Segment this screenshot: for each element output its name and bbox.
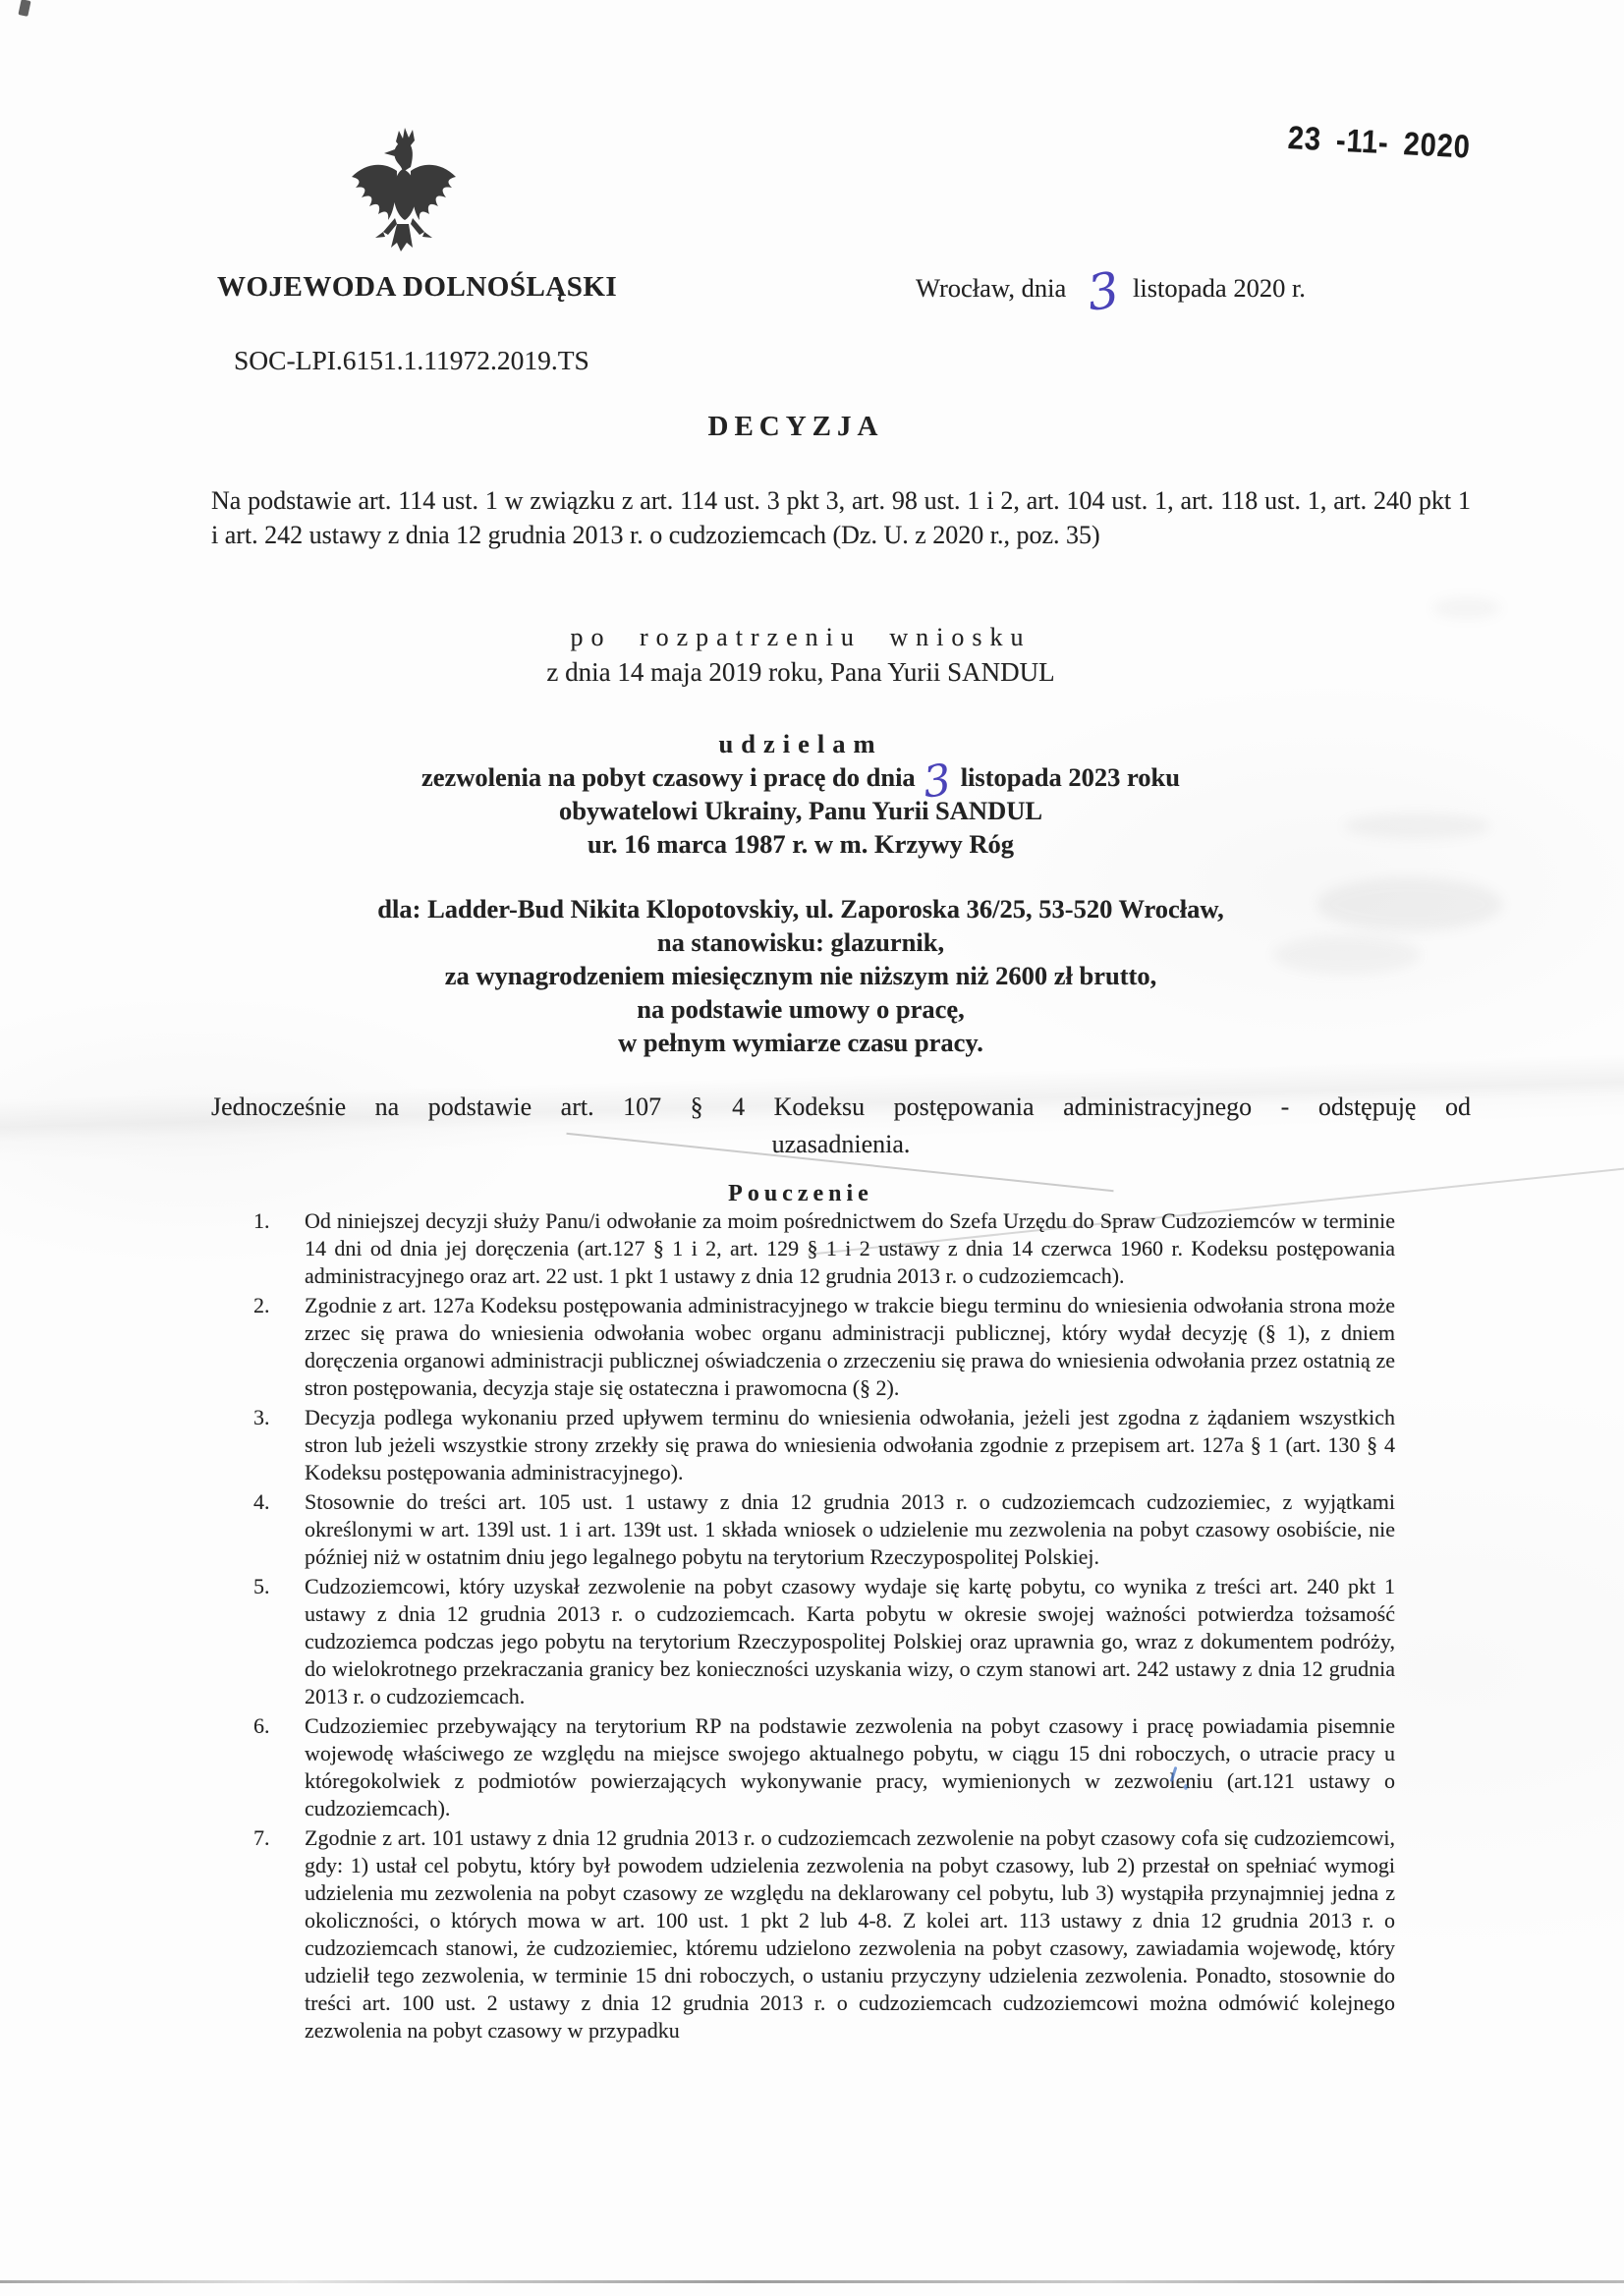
notice-item-text: Cudzoziemiec przebywający na terytorium … — [305, 1712, 1395, 1822]
notice-item-number: 2. — [253, 1292, 305, 1402]
notice-item-text: Zgodnie z art. 127a Kodeksu postępowania… — [305, 1292, 1395, 1402]
notice-item-text: Stosownie do treści art. 105 ust. 1 usta… — [305, 1488, 1395, 1571]
notice-item-number: 1. — [253, 1207, 305, 1290]
grant-beneficiary: obywatelowi Ukrainy, Panu Yurii SANDUL — [0, 794, 1601, 827]
notice-item-number: 3. — [253, 1404, 305, 1486]
grant-verb: udzielam — [0, 727, 1601, 760]
contract-line: na podstawie umowy o pracę, — [0, 992, 1601, 1026]
decision-document-page: 23 -11- 2020 WOJEWODA DOLNOŚLĄSKI Wrocła… — [0, 0, 1624, 2296]
grant-scope: zezwolenia na pobyt czasowy i pracę do d… — [0, 760, 1601, 794]
salary-line: za wynagrodzeniem miesięcznym nie niższy… — [0, 959, 1601, 992]
legal-basis-paragraph: Na podstawie art. 114 ust. 1 w związku z… — [211, 483, 1471, 552]
justification-waiver: Jednocześnie na podstawie art. 107 § 4 K… — [211, 1089, 1471, 1163]
position-line: na stanowisku: glazurnik, — [0, 925, 1601, 959]
notice-item-number: 6. — [253, 1712, 305, 1822]
place-date-prefix: Wrocław, dnia — [916, 273, 1066, 303]
employment-terms: dla: Ladder-Bud Nikita Klopotovskiy, ul.… — [0, 892, 1601, 1059]
notice-item: 7. Zgodnie z art. 101 ustawy z dnia 12 g… — [253, 1824, 1395, 2044]
consideration-heading: po rozpatrzeniu wniosku — [0, 623, 1601, 652]
notice-item: 1. Od niniejszej decyzji służy Panu/i od… — [253, 1207, 1395, 1290]
place-date-suffix: listopada 2020 r. — [1133, 273, 1306, 303]
notice-item-number: 4. — [253, 1488, 305, 1571]
worktime-line: w pełnym wymiarze czasu pracy. — [0, 1026, 1601, 1059]
authority-name: WOJEWODA DOLNOŚLĄSKI — [217, 271, 617, 304]
scan-corner-speck — [18, 0, 30, 17]
scan-edge-line — [0, 2280, 1624, 2283]
case-number: SOC-LPI.6151.1.11972.2019.TS — [234, 345, 589, 376]
notice-item: 2. Zgodnie z art. 127a Kodeksu postępowa… — [253, 1292, 1395, 1402]
handwritten-day: 3 — [923, 775, 951, 788]
waiver-line-1: Jednocześnie na podstawie art. 107 § 4 K… — [211, 1089, 1471, 1126]
document-title: DECYZJA — [0, 411, 1592, 443]
notice-heading: Pouczenie — [0, 1181, 1601, 1207]
place-and-date: Wrocław, dnia3listopada 2020 r. — [916, 273, 1306, 304]
notice-item: 3. Decyzja podlega wykonaniu przed upływ… — [253, 1404, 1395, 1486]
notice-item: 5. Cudzoziemcowi, który uzyskał zezwolen… — [253, 1573, 1395, 1710]
notice-list: 1. Od niniejszej decyzji służy Panu/i od… — [253, 1207, 1395, 2046]
notice-item-text: Cudzoziemcowi, który uzyskał zezwolenie … — [305, 1573, 1395, 1710]
notice-item-number: 7. — [253, 1824, 305, 2044]
notice-item: 6. Cudzoziemiec przebywający na terytori… — [253, 1712, 1395, 1822]
notice-item-text: Decyzja podlega wykonaniu przed upływem … — [305, 1404, 1395, 1486]
date-stamp: 23 -11- 2020 — [1287, 119, 1472, 166]
notice-item-text: Od niniejszej decyzji służy Panu/i odwoł… — [305, 1207, 1395, 1290]
notice-item-number: 5. — [253, 1573, 305, 1710]
notice-item-text: Zgodnie z art. 101 ustawy z dnia 12 grud… — [305, 1824, 1395, 2044]
notice-item: 4. Stosownie do treści art. 105 ust. 1 u… — [253, 1488, 1395, 1571]
handwritten-day: 3 — [1088, 285, 1120, 299]
consideration-detail: z dnia 14 maja 2019 roku, Pana Yurii SAN… — [0, 657, 1601, 688]
employer-line: dla: Ladder-Bud Nikita Klopotovskiy, ul.… — [0, 892, 1601, 925]
grant-section: udzielam zezwolenia na pobyt czasowy i p… — [0, 727, 1601, 861]
stray-ink-mark — [1184, 1784, 1188, 1790]
grant-scope-suffix: listopada 2023 roku — [961, 762, 1180, 792]
grant-birth-info: ur. 16 marca 1987 r. w m. Krzywy Róg — [0, 827, 1601, 861]
grant-scope-prefix: zezwolenia na pobyt czasowy i pracę do d… — [421, 762, 916, 792]
scan-smudge — [1432, 597, 1501, 619]
waiver-line-2: uzasadnienia. — [211, 1126, 1471, 1163]
polish-eagle-emblem — [340, 124, 470, 259]
